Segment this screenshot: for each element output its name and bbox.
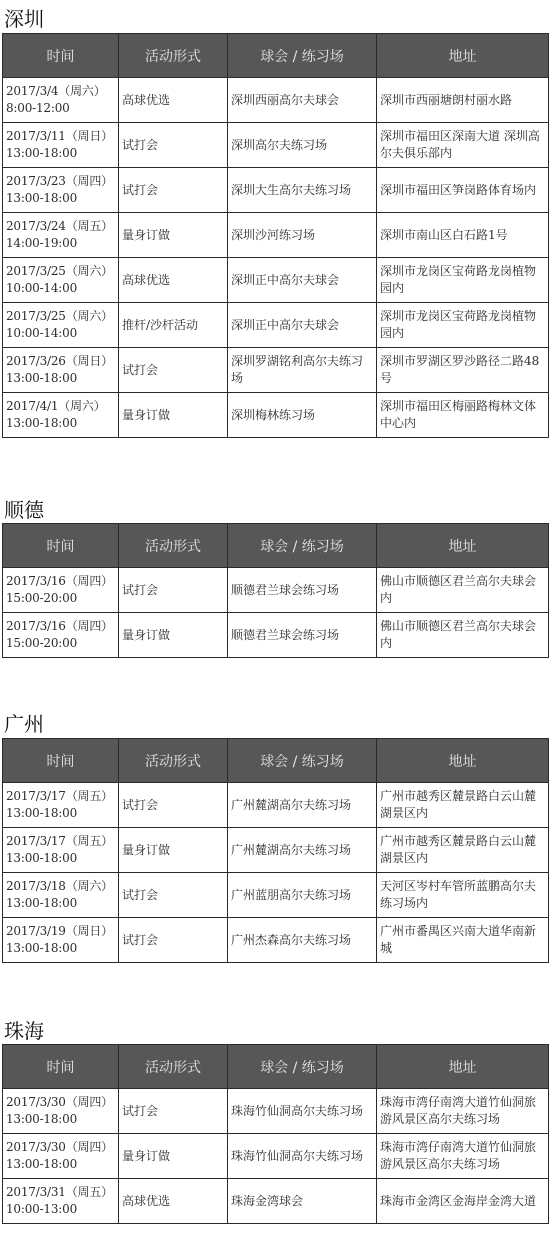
cell-time: 2017/3/4（周六）8:00-12:00 bbox=[3, 78, 119, 123]
cell-address: 深圳市福田区笋岗路体育场内 bbox=[377, 168, 549, 213]
header-address: 地址 bbox=[377, 34, 549, 78]
cell-activity: 试打会 bbox=[119, 168, 228, 213]
event-date: 2017/3/25（周六） bbox=[6, 264, 113, 278]
cell-address: 广州市越秀区麓景路白云山麓湖景区内 bbox=[377, 783, 549, 828]
cell-venue: 深圳大生高尔夫练习场 bbox=[228, 168, 377, 213]
cell-activity: 量身订做 bbox=[119, 393, 228, 438]
cell-address: 深圳市南山区白石路1号 bbox=[377, 213, 549, 258]
table-row: 2017/3/30（周四）13:00-18:00试打会珠海竹仙洞高尔夫练习场珠海… bbox=[3, 1089, 549, 1134]
city-title: 珠海 bbox=[4, 1020, 44, 1042]
event-date: 2017/3/16（周四） bbox=[6, 619, 113, 633]
header-row: 时间 活动形式 球会 / 练习场 地址 bbox=[3, 739, 549, 783]
event-hours: 15:00-20:00 bbox=[6, 591, 77, 605]
header-time: 时间 bbox=[3, 739, 119, 783]
cell-activity: 试打会 bbox=[119, 1089, 228, 1134]
table-row: 2017/3/18（周六）13:00-18:00试打会广州蓝朋高尔夫练习场天河区… bbox=[3, 873, 549, 918]
schedule-table: 时间 活动形式 球会 / 练习场 地址 2017/3/30（周四）13:00-1… bbox=[2, 1044, 549, 1224]
cell-time: 2017/3/31（周五）10:00-13:00 bbox=[3, 1179, 119, 1224]
cell-activity: 高球优选 bbox=[119, 258, 228, 303]
cell-address: 珠海市金湾区金海岸金湾大道 bbox=[377, 1179, 549, 1224]
cell-activity: 量身订做 bbox=[119, 828, 228, 873]
city-title: 顺德 bbox=[4, 499, 44, 521]
cell-activity: 试打会 bbox=[119, 348, 228, 393]
event-date: 2017/3/30（周四） bbox=[6, 1095, 113, 1109]
schedule-table: 时间 活动形式 球会 / 练习场 地址 2017/3/16（周四）15:00-2… bbox=[2, 523, 549, 658]
header-address: 地址 bbox=[377, 1045, 549, 1089]
event-date: 2017/3/17（周五） bbox=[6, 789, 113, 803]
event-hours: 8:00-12:00 bbox=[6, 101, 70, 115]
table-row: 2017/3/17（周五）13:00-18:00试打会广州麓湖高尔夫练习场广州市… bbox=[3, 783, 549, 828]
event-hours: 13:00-18:00 bbox=[6, 941, 77, 955]
cell-address: 深圳市福田区深南大道 深圳高尔夫俱乐部内 bbox=[377, 123, 549, 168]
header-address: 地址 bbox=[377, 739, 549, 783]
event-date: 2017/4/1（周六） bbox=[6, 399, 106, 413]
header-venue: 球会 / 练习场 bbox=[228, 34, 377, 78]
event-date: 2017/3/30（周四） bbox=[6, 1140, 113, 1154]
cell-address: 天河区岑村车管所蓝鹏高尔夫练习场内 bbox=[377, 873, 549, 918]
cell-venue: 深圳高尔夫练习场 bbox=[228, 123, 377, 168]
cell-venue: 深圳西丽高尔夫球会 bbox=[228, 78, 377, 123]
city-title: 广州 bbox=[4, 713, 44, 735]
event-date: 2017/3/18（周六） bbox=[6, 879, 113, 893]
cell-time: 2017/3/17（周五）13:00-18:00 bbox=[3, 828, 119, 873]
cell-address: 广州市番禺区兴南大道华南新城 bbox=[377, 918, 549, 963]
cell-address: 珠海市湾仔南湾大道竹仙洞旅游风景区高尔夫练习场 bbox=[377, 1089, 549, 1134]
event-date: 2017/3/19（周日） bbox=[6, 924, 113, 938]
cell-time: 2017/3/30（周四）13:00-18:00 bbox=[3, 1134, 119, 1179]
cell-address: 深圳市龙岗区宝荷路龙岗植物园内 bbox=[377, 303, 549, 348]
table-row: 2017/3/11（周日）13:00-18:00试打会深圳高尔夫练习场深圳市福田… bbox=[3, 123, 549, 168]
cell-address: 广州市越秀区麓景路白云山麓湖景区内 bbox=[377, 828, 549, 873]
event-date: 2017/3/4（周六） bbox=[6, 84, 106, 98]
schedule-table: 时间 活动形式 球会 / 练习场 地址 2017/3/17（周五）13:00-1… bbox=[2, 738, 549, 963]
event-hours: 10:00-14:00 bbox=[6, 281, 77, 295]
event-date: 2017/3/11（周日） bbox=[6, 129, 113, 143]
rows: 2017/3/16（周四）15:00-20:00试打会顺德君兰球会练习场佛山市顺… bbox=[3, 568, 549, 658]
event-hours: 13:00-18:00 bbox=[6, 1157, 77, 1171]
cell-venue: 珠海竹仙洞高尔夫练习场 bbox=[228, 1134, 377, 1179]
cell-activity: 推杆/沙杆活动 bbox=[119, 303, 228, 348]
cell-time: 2017/3/16（周四）15:00-20:00 bbox=[3, 613, 119, 658]
event-date: 2017/3/17（周五） bbox=[6, 834, 113, 848]
table-row: 2017/3/31（周五）10:00-13:00高球优选珠海金湾球会珠海市金湾区… bbox=[3, 1179, 549, 1224]
cell-time: 2017/3/18（周六）13:00-18:00 bbox=[3, 873, 119, 918]
cell-venue: 广州蓝朋高尔夫练习场 bbox=[228, 873, 377, 918]
cell-activity: 试打会 bbox=[119, 568, 228, 613]
header-activity: 活动形式 bbox=[119, 739, 228, 783]
table-row: 2017/3/19（周日）13:00-18:00试打会广州杰森高尔夫练习场广州市… bbox=[3, 918, 549, 963]
event-date: 2017/3/16（周四） bbox=[6, 574, 113, 588]
cell-venue: 顺德君兰球会练习场 bbox=[228, 613, 377, 658]
cell-activity: 量身订做 bbox=[119, 213, 228, 258]
rows: 2017/3/30（周四）13:00-18:00试打会珠海竹仙洞高尔夫练习场珠海… bbox=[3, 1089, 549, 1224]
cell-activity: 试打会 bbox=[119, 873, 228, 918]
cell-time: 2017/3/23（周四）13:00-18:00 bbox=[3, 168, 119, 213]
table-row: 2017/3/4（周六）8:00-12:00高球优选深圳西丽高尔夫球会深圳市西丽… bbox=[3, 78, 549, 123]
cell-address: 深圳市福田区梅丽路梅林文体中心内 bbox=[377, 393, 549, 438]
cell-activity: 试打会 bbox=[119, 918, 228, 963]
cell-venue: 深圳沙河练习场 bbox=[228, 213, 377, 258]
cell-venue: 广州麓湖高尔夫练习场 bbox=[228, 828, 377, 873]
event-date: 2017/3/25（周六） bbox=[6, 309, 113, 323]
cell-venue: 广州麓湖高尔夫练习场 bbox=[228, 783, 377, 828]
cell-venue: 深圳正中高尔夫球会 bbox=[228, 303, 377, 348]
cell-activity: 量身订做 bbox=[119, 1134, 228, 1179]
cell-venue: 珠海金湾球会 bbox=[228, 1179, 377, 1224]
table-row: 2017/3/26（周日）13:00-18:00试打会深圳罗湖铭利高尔夫练习场深… bbox=[3, 348, 549, 393]
table-row: 2017/3/16（周四）15:00-20:00量身订做顺德君兰球会练习场佛山市… bbox=[3, 613, 549, 658]
cell-address: 深圳市罗湖区罗沙路径二路48号 bbox=[377, 348, 549, 393]
cell-address: 珠海市湾仔南湾大道竹仙洞旅游风景区高尔夫练习场 bbox=[377, 1134, 549, 1179]
event-hours: 15:00-20:00 bbox=[6, 636, 77, 650]
event-hours: 10:00-13:00 bbox=[6, 1202, 77, 1216]
cell-address: 深圳市西丽塘朗村丽水路 bbox=[377, 78, 549, 123]
cell-time: 2017/4/1（周六）13:00-18:00 bbox=[3, 393, 119, 438]
cell-activity: 试打会 bbox=[119, 123, 228, 168]
event-hours: 13:00-18:00 bbox=[6, 806, 77, 820]
table-row: 2017/3/17（周五）13:00-18:00量身订做广州麓湖高尔夫练习场广州… bbox=[3, 828, 549, 873]
header-time: 时间 bbox=[3, 1045, 119, 1089]
header-venue: 球会 / 练习场 bbox=[228, 524, 377, 568]
header-venue: 球会 / 练习场 bbox=[228, 1045, 377, 1089]
header-venue: 球会 / 练习场 bbox=[228, 739, 377, 783]
table-row: 2017/4/1（周六）13:00-18:00量身订做深圳梅林练习场深圳市福田区… bbox=[3, 393, 549, 438]
cell-time: 2017/3/16（周四）15:00-20:00 bbox=[3, 568, 119, 613]
table-row: 2017/3/25（周六）10:00-14:00推杆/沙杆活动深圳正中高尔夫球会… bbox=[3, 303, 549, 348]
header-address: 地址 bbox=[377, 524, 549, 568]
header-time: 时间 bbox=[3, 34, 119, 78]
header-row: 时间 活动形式 球会 / 练习场 地址 bbox=[3, 34, 549, 78]
rows: 2017/3/17（周五）13:00-18:00试打会广州麓湖高尔夫练习场广州市… bbox=[3, 783, 549, 963]
cell-activity: 量身订做 bbox=[119, 613, 228, 658]
cell-venue: 深圳梅林练习场 bbox=[228, 393, 377, 438]
cell-time: 2017/3/30（周四）13:00-18:00 bbox=[3, 1089, 119, 1134]
table-row: 2017/3/23（周四）13:00-18:00试打会深圳大生高尔夫练习场深圳市… bbox=[3, 168, 549, 213]
cell-time: 2017/3/11（周日）13:00-18:00 bbox=[3, 123, 119, 168]
header-activity: 活动形式 bbox=[119, 34, 228, 78]
header-activity: 活动形式 bbox=[119, 524, 228, 568]
cell-address: 深圳市龙岗区宝荷路龙岗植物园内 bbox=[377, 258, 549, 303]
event-hours: 13:00-18:00 bbox=[6, 416, 77, 430]
cell-activity: 高球优选 bbox=[119, 78, 228, 123]
table-row: 2017/3/16（周四）15:00-20:00试打会顺德君兰球会练习场佛山市顺… bbox=[3, 568, 549, 613]
table-row: 2017/3/30（周四）13:00-18:00量身订做珠海竹仙洞高尔夫练习场珠… bbox=[3, 1134, 549, 1179]
cell-venue: 深圳正中高尔夫球会 bbox=[228, 258, 377, 303]
cell-activity: 试打会 bbox=[119, 783, 228, 828]
cell-address: 佛山市顺德区君兰高尔夫球会内 bbox=[377, 613, 549, 658]
event-hours: 13:00-18:00 bbox=[6, 851, 77, 865]
cell-venue: 深圳罗湖铭利高尔夫练习场 bbox=[228, 348, 377, 393]
table-row: 2017/3/24（周五）14:00-19:00量身订做深圳沙河练习场深圳市南山… bbox=[3, 213, 549, 258]
event-hours: 10:00-14:00 bbox=[6, 326, 77, 340]
event-hours: 13:00-18:00 bbox=[6, 1112, 77, 1126]
event-date: 2017/3/24（周五） bbox=[6, 219, 113, 233]
event-date: 2017/3/31（周五） bbox=[6, 1185, 113, 1199]
cell-time: 2017/3/25（周六）10:00-14:00 bbox=[3, 258, 119, 303]
cell-activity: 高球优选 bbox=[119, 1179, 228, 1224]
cell-time: 2017/3/26（周日）13:00-18:00 bbox=[3, 348, 119, 393]
event-hours: 13:00-18:00 bbox=[6, 146, 77, 160]
table-row: 2017/3/25（周六）10:00-14:00高球优选深圳正中高尔夫球会深圳市… bbox=[3, 258, 549, 303]
header-activity: 活动形式 bbox=[119, 1045, 228, 1089]
city-title: 深圳 bbox=[4, 8, 44, 30]
cell-venue: 珠海竹仙洞高尔夫练习场 bbox=[228, 1089, 377, 1134]
header-time: 时间 bbox=[3, 524, 119, 568]
cell-time: 2017/3/19（周日）13:00-18:00 bbox=[3, 918, 119, 963]
cell-time: 2017/3/17（周五）13:00-18:00 bbox=[3, 783, 119, 828]
rows: 2017/3/4（周六）8:00-12:00高球优选深圳西丽高尔夫球会深圳市西丽… bbox=[3, 78, 549, 438]
schedule-table: 时间 活动形式 球会 / 练习场 地址 2017/3/4（周六）8:00-12:… bbox=[2, 33, 549, 438]
event-hours: 13:00-18:00 bbox=[6, 371, 77, 385]
cell-venue: 广州杰森高尔夫练习场 bbox=[228, 918, 377, 963]
event-hours: 13:00-18:00 bbox=[6, 896, 77, 910]
event-hours: 14:00-19:00 bbox=[6, 236, 77, 250]
event-hours: 13:00-18:00 bbox=[6, 191, 77, 205]
event-date: 2017/3/26（周日） bbox=[6, 354, 113, 368]
event-date: 2017/3/23（周四） bbox=[6, 174, 113, 188]
header-row: 时间 活动形式 球会 / 练习场 地址 bbox=[3, 1045, 549, 1089]
cell-venue: 顺德君兰球会练习场 bbox=[228, 568, 377, 613]
cell-address: 佛山市顺德区君兰高尔夫球会内 bbox=[377, 568, 549, 613]
cell-time: 2017/3/25（周六）10:00-14:00 bbox=[3, 303, 119, 348]
header-row: 时间 活动形式 球会 / 练习场 地址 bbox=[3, 524, 549, 568]
cell-time: 2017/3/24（周五）14:00-19:00 bbox=[3, 213, 119, 258]
